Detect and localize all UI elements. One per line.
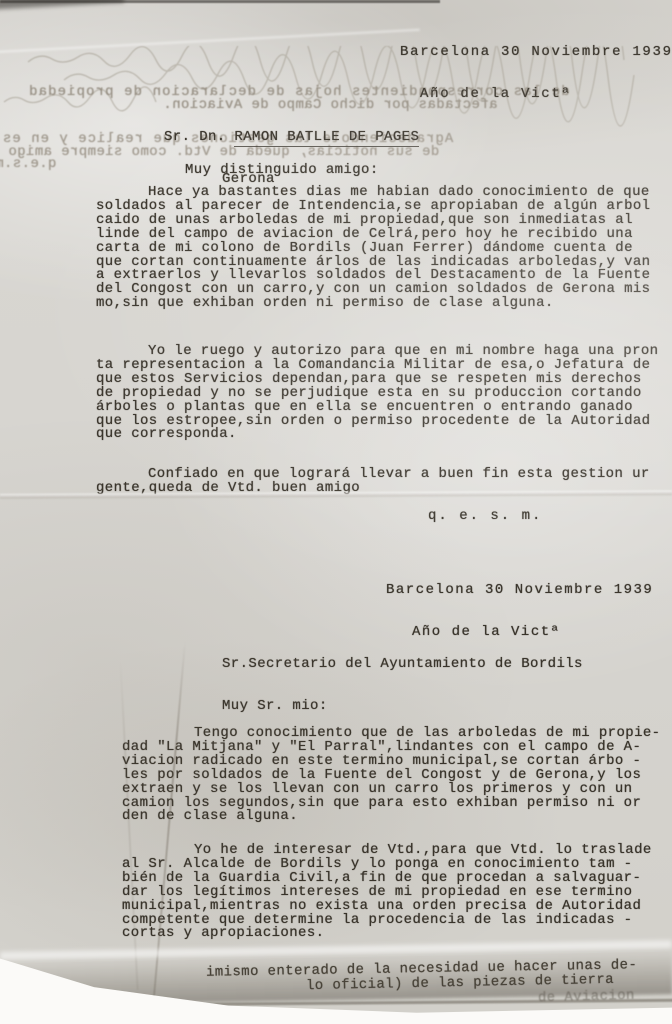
year-of-victory-line: Año de la Victª xyxy=(420,88,672,102)
date-city-line: Barcelona 30 Noviembre 1939 xyxy=(386,584,653,598)
year-of-victory-line: Año de la Victª xyxy=(412,626,653,640)
salutation-2: Muy Sr. mio: xyxy=(222,700,328,714)
paragraph: Yo he de interesar de Vtd.,para que Vtd.… xyxy=(122,844,652,941)
text-line: mo,sin que exhiban orden ni permiso de c… xyxy=(96,297,651,311)
paragraph: Confiado en que logrará llevar a buen fi… xyxy=(96,468,650,496)
date-city-line: Barcelona 30 Noviembre 1939 xyxy=(400,46,672,60)
partial-line: de Aviacion xyxy=(538,990,635,1006)
paper-top-edge xyxy=(0,0,440,3)
paragraph: Hace ya bastantes dias me habian dado co… xyxy=(96,186,651,311)
addressee-name-line: Sr. Dn. RAMON BATLLE DE PAGES xyxy=(164,131,419,145)
paper: de las correspondientes hojas de declara… xyxy=(0,0,672,1024)
addressee-2: Sr.Secretario del Ayuntamiento de Bordil… xyxy=(222,658,583,672)
addressee-prefix: Sr. Dn. xyxy=(164,129,234,145)
scanned-letter-photo: de las correspondientes hojas de declara… xyxy=(0,0,672,1024)
text-line: gente,queda de Vtd. buen amigo xyxy=(96,482,650,496)
fold-highlight xyxy=(0,940,672,960)
paragraph: Tengo conocimiento que de las arboledas … xyxy=(122,727,660,824)
crease-vertical xyxy=(152,641,186,1010)
text-line: cortas y apropiaciones. xyxy=(122,927,652,941)
bleedthrough-text: q.e.s.m. xyxy=(0,158,56,172)
dateline-1: Barcelona 30 Noviembre 1939 Año de la Vi… xyxy=(400,18,672,129)
text-line: den de clase alguna. xyxy=(122,810,660,824)
paragraph: Yo le ruego y autorizo para que en mi no… xyxy=(96,345,658,442)
addressee-name: RAMON BATLLE DE PAGES xyxy=(234,129,419,147)
dateline-2: Barcelona 30 Noviembre 1939 Año de la Vi… xyxy=(386,556,653,667)
closing-qesm: q. e. s. m. xyxy=(428,510,542,524)
paper-corner-shadow xyxy=(0,0,124,9)
salutation-1: Muy distinguido amigo: xyxy=(185,164,379,178)
text-line: que corresponda. xyxy=(96,428,658,442)
